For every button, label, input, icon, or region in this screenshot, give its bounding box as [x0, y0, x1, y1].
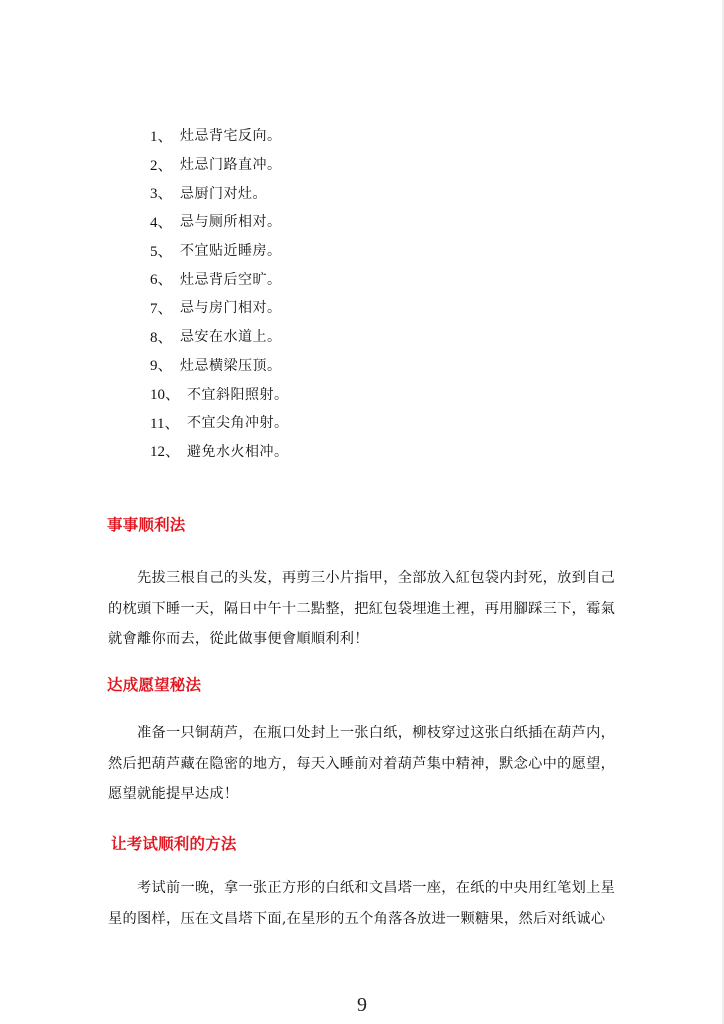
list-item: 8、忌安在水道上。 [150, 322, 289, 351]
paragraph-line: 就會離你而去，從此做事便會順順利利！ [108, 624, 620, 655]
list-item: 4、忌与厕所相对。 [150, 207, 289, 236]
paragraph-line: 的枕頭下睡一天，隔日中午十二點整，把紅包袋埋進土裡，再用腳踩三下，霉氣 [108, 594, 620, 625]
paragraph-line: 准备一只铜葫芦，在瓶口处封上一张白纸，柳枝穿过这张白纸插在葫芦内， [108, 718, 620, 749]
list-number: 11、 [150, 412, 187, 433]
list-text: 灶忌横梁压顶。 [180, 355, 282, 375]
paragraph-line: 星的图样，压在文昌塔下面,在星形的五个角落各放进一颗糖果，然后对纸诚心 [108, 904, 620, 935]
list-text: 灶忌背后空旷。 [180, 269, 282, 289]
document-page: 1、灶忌背宅反向。 2、灶忌门路直冲。 3、忌厨门对灶。 4、忌与厕所相对。 5… [0, 0, 724, 1024]
paragraph-line: 愿望就能提早达成！ [108, 779, 620, 810]
section-heading-exam-success: 让考试顺利的方法 [111, 832, 237, 854]
list-item: 7、忌与房门相对。 [150, 293, 289, 322]
list-item: 9、灶忌横梁压顶。 [150, 351, 289, 380]
list-item: 10、不宜斜阳照射。 [150, 379, 289, 408]
list-number: 5、 [150, 240, 180, 261]
list-text: 忌安在水道上。 [180, 326, 282, 346]
paragraph-line: 考试前一晚，拿一张正方形的白纸和文昌塔一座，在纸的中央用红笔划上星 [108, 873, 620, 904]
list-number: 7、 [150, 297, 180, 318]
stove-taboo-list: 1、灶忌背宅反向。 2、灶忌门路直冲。 3、忌厨门对灶。 4、忌与厕所相对。 5… [150, 121, 289, 465]
list-item: 3、忌厨门对灶。 [150, 178, 289, 207]
list-text: 不宜斜阳照射。 [187, 384, 289, 404]
list-text: 忌与厕所相对。 [180, 211, 282, 231]
paragraph-line: 先拔三根自己的头发，再剪三小片指甲，全部放入紅包袋内封死，放到自己 [108, 563, 620, 594]
list-text: 忌厨门对灶。 [180, 183, 267, 203]
list-text: 不宜尖角冲射。 [187, 412, 289, 432]
list-item: 5、不宜贴近睡房。 [150, 236, 289, 265]
section-heading-wish-fulfillment: 达成愿望秘法 [107, 673, 201, 695]
list-item: 12、避免水火相冲。 [150, 437, 289, 466]
list-item: 2、灶忌门路直冲。 [150, 150, 289, 179]
section-paragraph-wish-fulfillment: 准备一只铜葫芦，在瓶口处封上一张白纸，柳枝穿过这张白纸插在葫芦内， 然后把葫芦藏… [108, 718, 620, 810]
list-text: 避免水火相冲。 [187, 441, 289, 461]
page-number: 9 [0, 994, 724, 1017]
list-number: 2、 [150, 154, 180, 175]
list-number: 10、 [150, 383, 187, 404]
list-number: 1、 [150, 125, 180, 146]
list-text: 灶忌背宅反向。 [180, 125, 282, 145]
list-text: 不宜贴近睡房。 [180, 240, 282, 260]
list-number: 4、 [150, 211, 180, 232]
section-paragraph-exam-success: 考试前一晚，拿一张正方形的白纸和文昌塔一座，在纸的中央用红笔划上星 星的图样，压… [108, 873, 620, 934]
list-number: 6、 [150, 268, 180, 289]
list-number: 9、 [150, 354, 180, 375]
list-number: 12、 [150, 440, 187, 461]
section-paragraph-smooth-affairs: 先拔三根自己的头发，再剪三小片指甲，全部放入紅包袋内封死，放到自己 的枕頭下睡一… [108, 563, 620, 655]
section-heading-smooth-affairs: 事事顺利法 [107, 513, 186, 535]
list-text: 忌与房门相对。 [180, 297, 282, 317]
list-number: 8、 [150, 326, 180, 347]
paragraph-line: 然后把葫芦藏在隐密的地方，每天入睡前对着葫芦集中精神，默念心中的愿望， [108, 749, 620, 780]
list-item: 11、不宜尖角冲射。 [150, 408, 289, 437]
list-item: 1、灶忌背宅反向。 [150, 121, 289, 150]
list-number: 3、 [150, 182, 180, 203]
list-text: 灶忌门路直冲。 [180, 154, 282, 174]
list-item: 6、灶忌背后空旷。 [150, 264, 289, 293]
